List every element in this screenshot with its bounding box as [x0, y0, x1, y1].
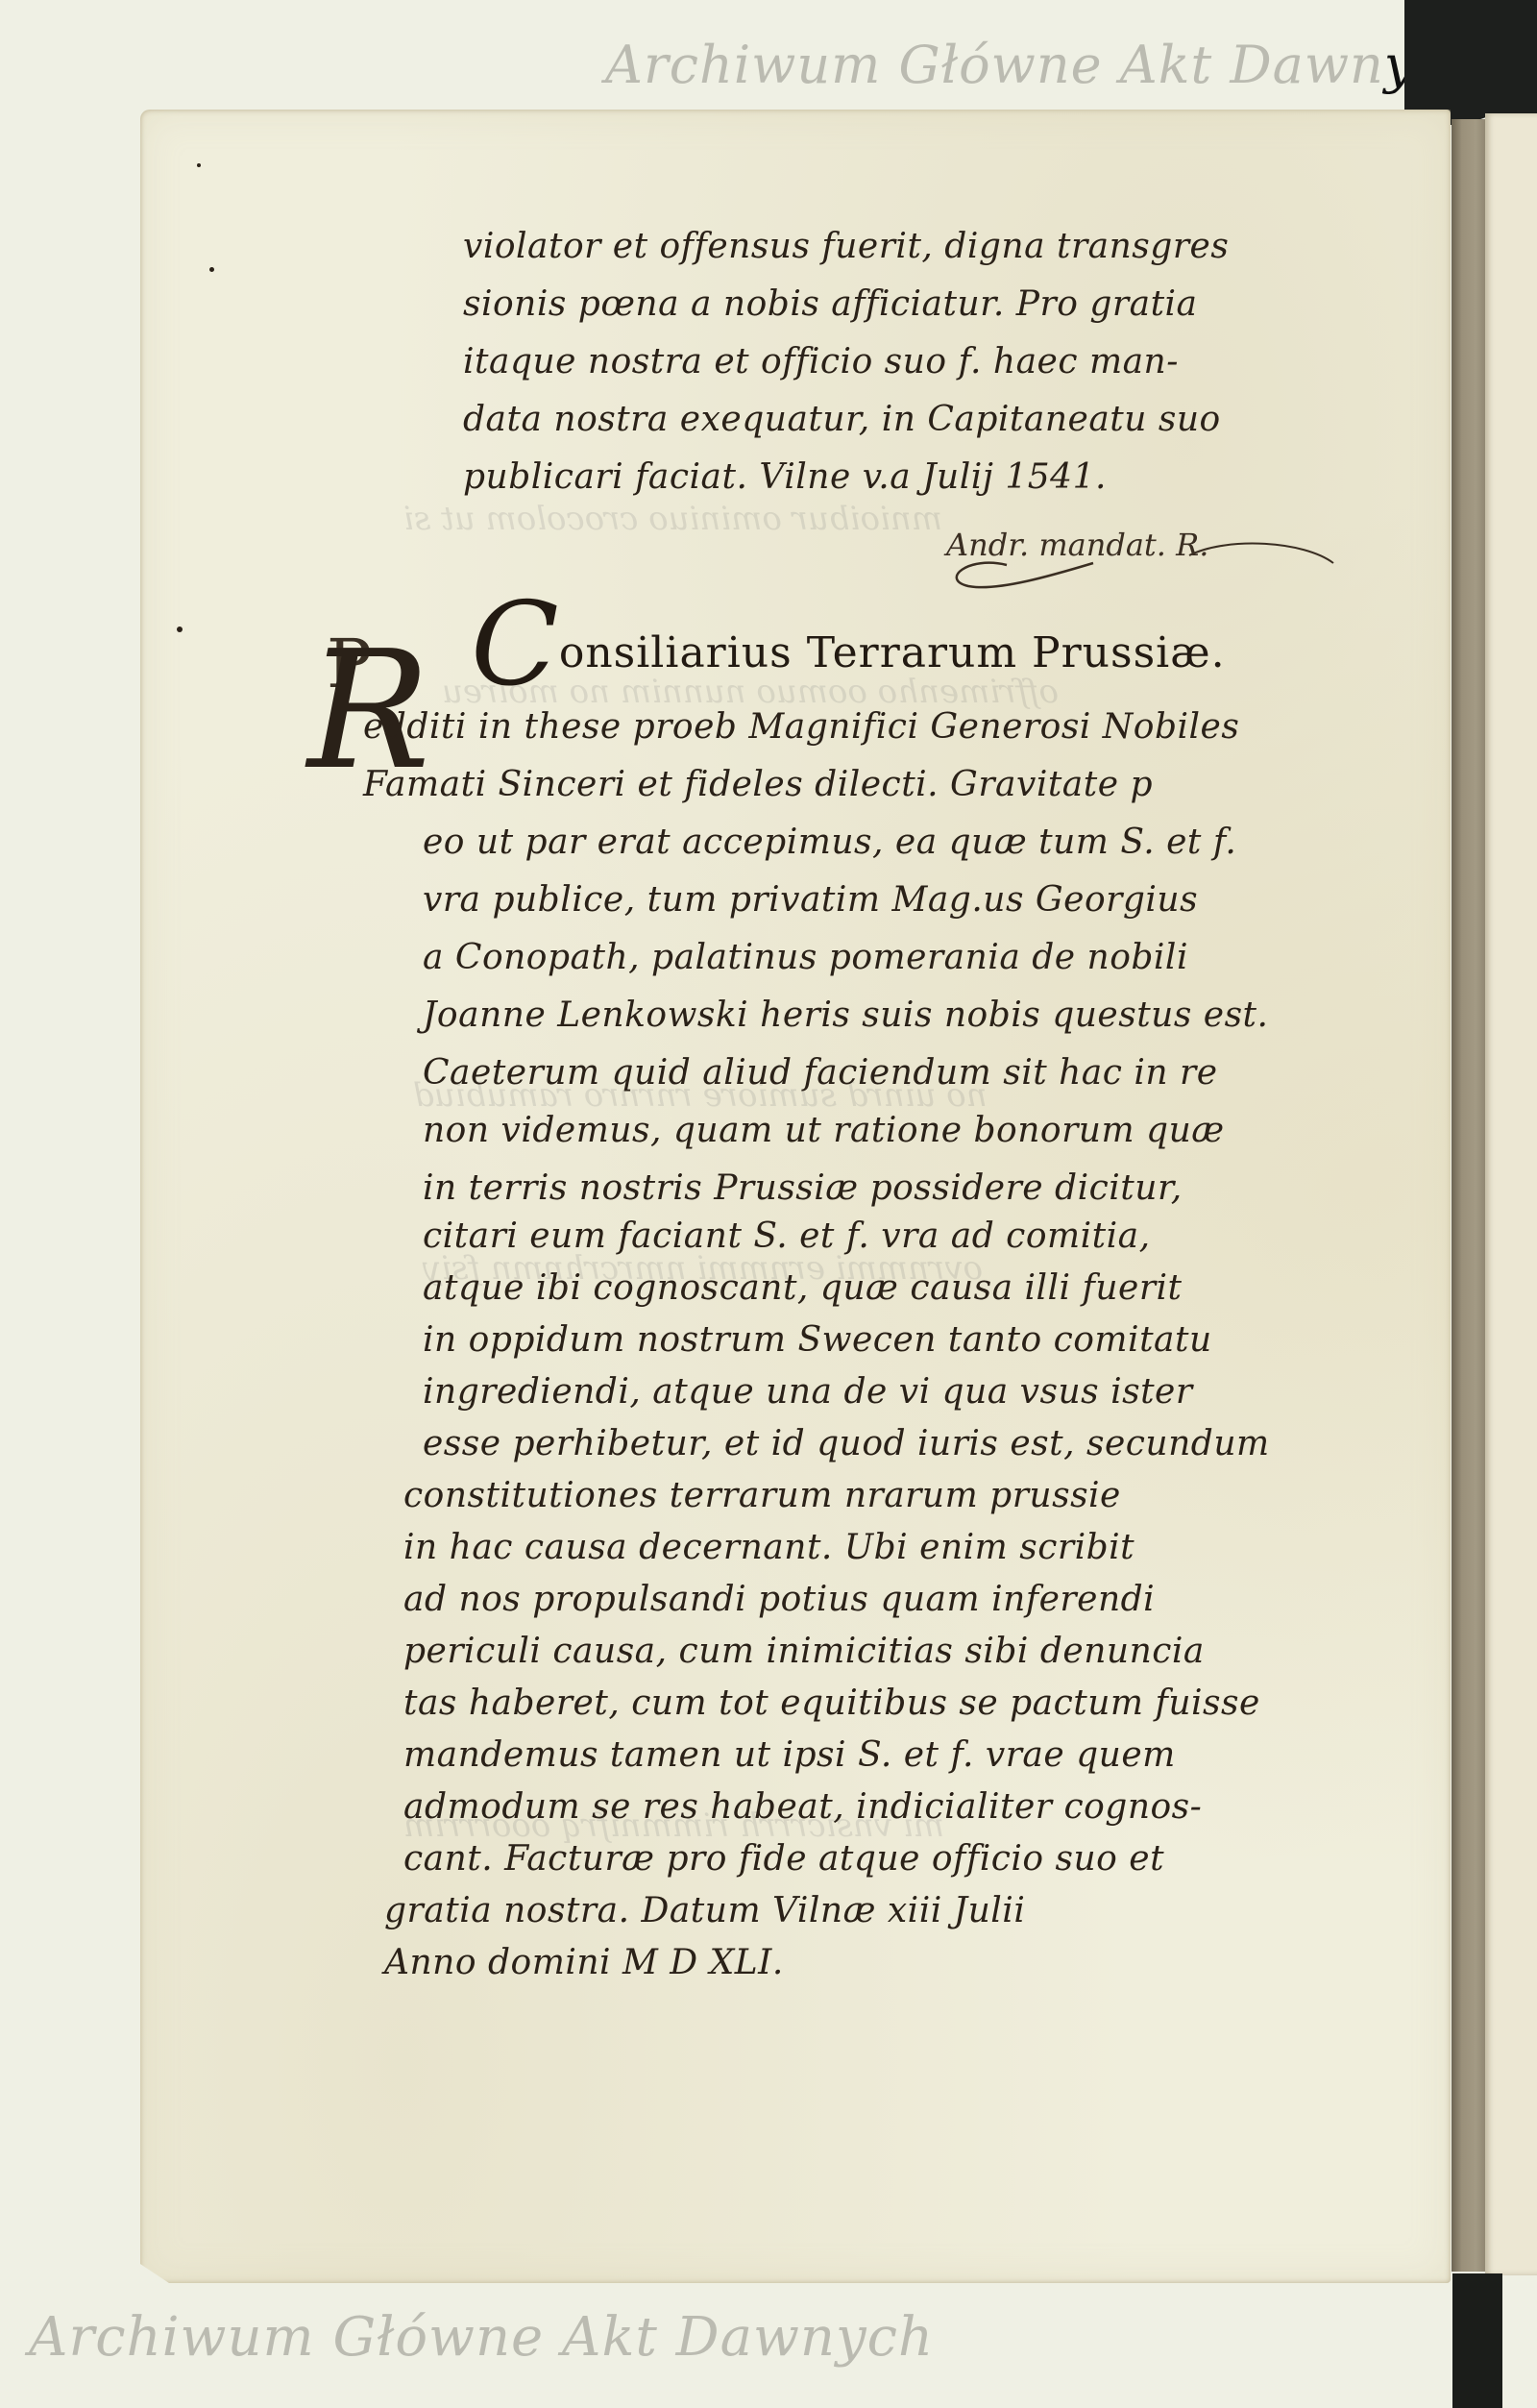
- manuscript-line: in hac causa decernant. Ubi enim scribit: [403, 1528, 1134, 1567]
- ink-spot: [197, 163, 201, 167]
- ink-spot: [209, 267, 214, 272]
- document-heading: Consiliarius Terrarum Prussiæ.: [471, 588, 1226, 703]
- manuscript-line: ad nos propulsandi potius quam inferendi: [403, 1580, 1155, 1619]
- manuscript-line: admodum se res habeat, indicialiter cogn…: [403, 1787, 1202, 1827]
- ink-spot: [177, 627, 183, 632]
- facing-page-edge: [1485, 113, 1537, 2275]
- manuscript-line: itaque nostra et officio suo f. haec man…: [463, 342, 1179, 381]
- manuscript-line: publicari faciat. Vilne v.a Julij 1541.: [463, 457, 1107, 497]
- manuscript-line: Caeterum quid aliud faciendum sit hac in…: [423, 1053, 1218, 1093]
- manuscript-line: edditi in these proeb Magnifici Generosi…: [363, 707, 1239, 747]
- manuscript-line: a Conopath, palatinus pomerania de nobil…: [423, 938, 1188, 977]
- manuscript-line: data nostra exequatur, in Capitaneatu su…: [463, 400, 1221, 439]
- archive-watermark-bottom: Archiwum Główne Akt Dawnych: [29, 2306, 934, 2369]
- manuscript-line: periculi causa, cum inimicitias sibi den…: [403, 1632, 1205, 1671]
- binding-clip-bottom: [1452, 2273, 1502, 2408]
- book-gutter: [1452, 119, 1486, 2272]
- manuscript-line: constitutiones terrarum nrarum prussie: [403, 1476, 1121, 1515]
- manuscript-line: tas haberet, cum tot equitibus se pactum…: [403, 1683, 1260, 1723]
- heading-initial: C: [471, 578, 559, 712]
- manuscript-line: vra publice, tum privatim Mag.us Georgiu…: [423, 880, 1198, 920]
- manuscript-line: non videmus, quam ut ratione bonorum quæ: [423, 1111, 1225, 1150]
- manuscript-line: cant. Facturæ pro fide atque officio suo…: [403, 1839, 1164, 1879]
- manuscript-line: gratia nostra. Datum Vilnæ xiii Julii: [384, 1891, 1025, 1930]
- watermark-text: Archiwum Główne Akt Dawn: [605, 35, 1384, 95]
- manuscript-line: eo ut par erat accepimus, ea quæ tum S. …: [423, 823, 1236, 862]
- manuscript-line: in oppidum nostrum Swecen tanto comitatu: [423, 1320, 1212, 1360]
- manuscript-line: Famati Sinceri et fideles dilecti. Gravi…: [363, 765, 1153, 804]
- manuscript-line: Joanne Lenkowski heris suis nobis questu…: [423, 995, 1268, 1035]
- manuscript-line: in terris nostris Prussiæ possidere dici…: [423, 1168, 1183, 1208]
- manuscript-line: citari eum faciant S. et f. vra ad comit…: [423, 1216, 1151, 1256]
- manuscript-line: mandemus tamen ut ipsi S. et f. vrae que…: [403, 1735, 1176, 1775]
- heading-text: onsiliarius Terrarum Prussiæ.: [559, 628, 1226, 677]
- manuscript-line: Anno domini M D XLI.: [384, 1943, 784, 1982]
- manuscript-line: esse perhibetur, et id quod iuris est, s…: [423, 1424, 1270, 1463]
- manuscript-line: violator et offensus fuerit, digna trans…: [463, 227, 1229, 266]
- manuscript-line: ingrediendi, atque una de vi qua vsus is…: [423, 1372, 1193, 1412]
- archive-watermark-top: Archiwum Główne Akt Dawnych: [605, 35, 1478, 95]
- signature-text: Andr. mandat. R.: [946, 527, 1208, 563]
- bleed-through-text: mnioibur ominiuo crocolom ut si: [403, 500, 942, 538]
- binding-clip-top: [1404, 0, 1537, 113]
- manuscript-line: atque ibi cognoscant, quæ causa illi fue…: [423, 1268, 1183, 1308]
- manuscript-line: sionis pœna a nobis afficiatur. Pro grat…: [463, 284, 1198, 324]
